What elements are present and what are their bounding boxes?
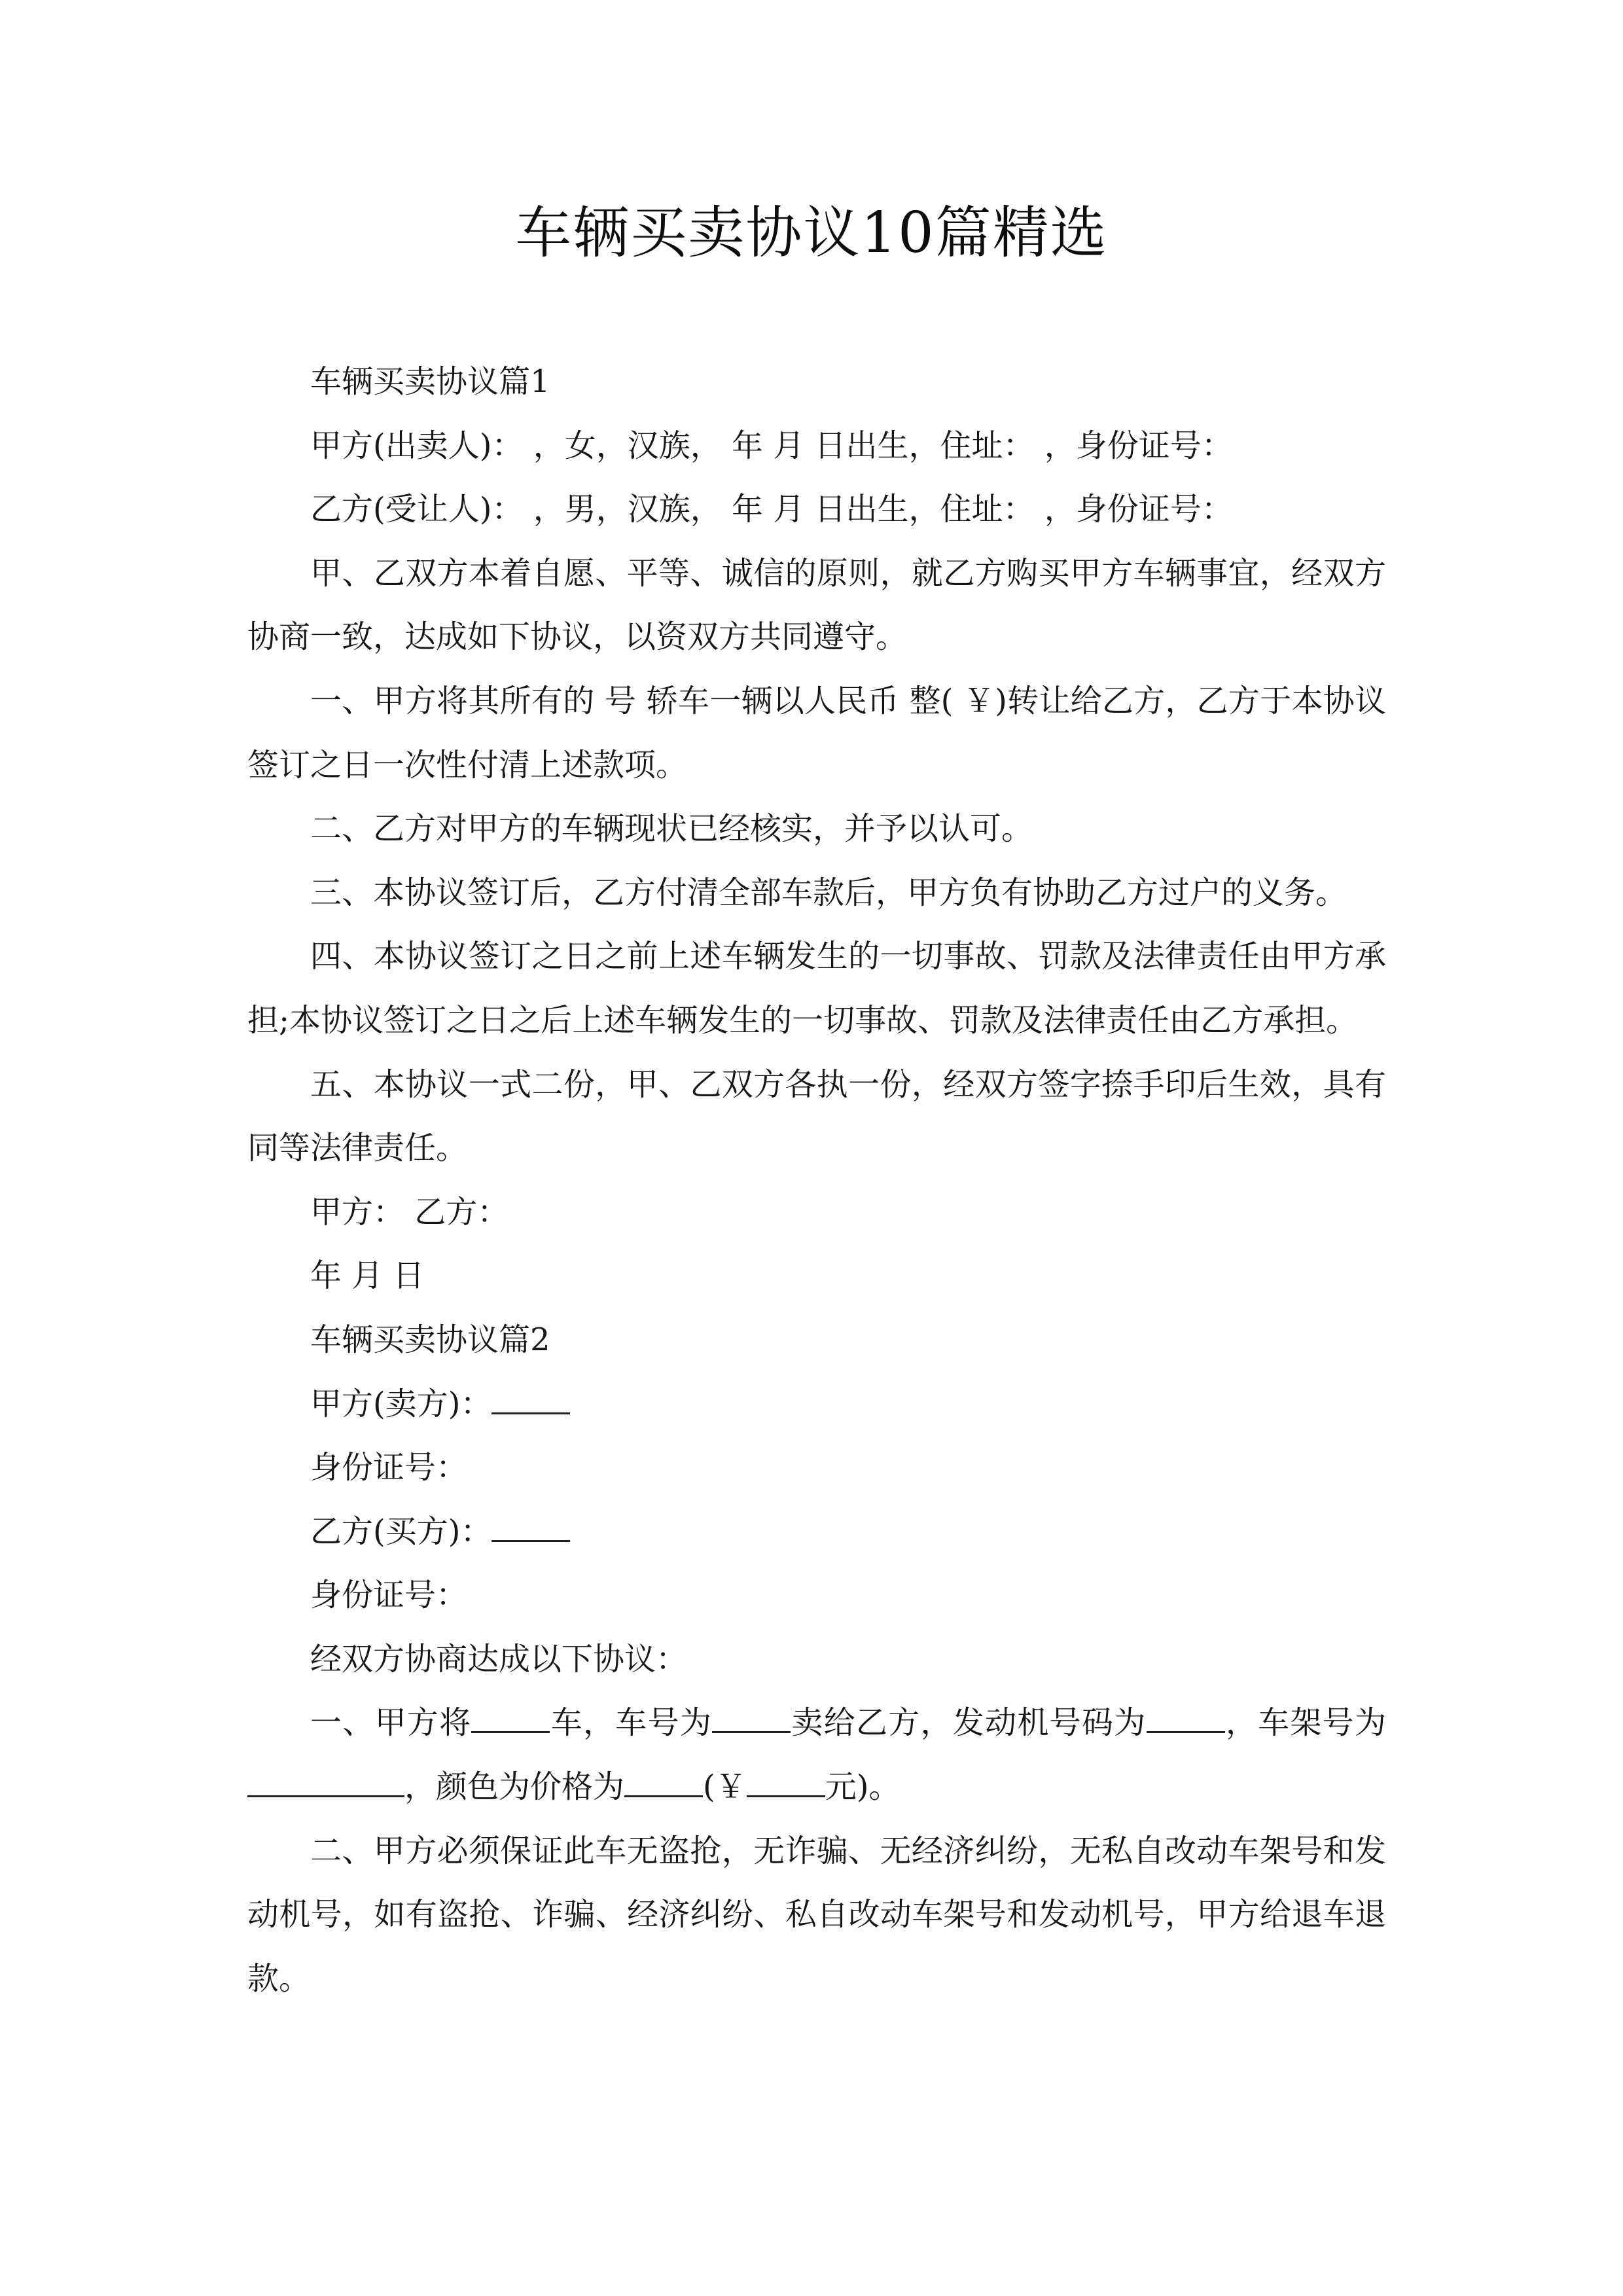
clause-1: 一、甲方将车，车号为卖给乙方，发动机号码为，车架号为，颜色为价格为(￥元)。 — [247, 1691, 1386, 1819]
buyer-line: 乙方(买方)： — [247, 1500, 1386, 1564]
clause-text: 车，车号为 — [550, 1704, 712, 1741]
document-page: 车辆买卖协议10篇精选 车辆买卖协议篇1 甲方(出卖人)： ，女，汉族， 年 月… — [0, 0, 1623, 2296]
seller-id-line: 身份证号： — [247, 1436, 1386, 1500]
frame-number-blank — [247, 1769, 404, 1797]
engine-number-blank — [1147, 1705, 1225, 1733]
document-body: 车辆买卖协议篇1 甲方(出卖人)： ，女，汉族， 年 月 日出生，住址： ，身份… — [247, 350, 1386, 2011]
clause-3: 三、本协议签订后，乙方付清全部车款后，甲方负有协助乙方过户的义务。 — [247, 861, 1386, 925]
seller-line: 甲方(卖方)： — [247, 1372, 1386, 1437]
section-heading: 车辆买卖协议篇1 — [247, 350, 1386, 414]
clause-text: 元)。 — [825, 1768, 901, 1805]
preamble-paragraph: 甲、乙双方本着自愿、平等、诚信的原则，就乙方购买甲方车辆事宜，经双方协商一致，达… — [247, 542, 1386, 670]
party-b-line: 乙方(受让人)： ，男，汉族， 年 月 日出生，住址： ，身份证号： — [247, 478, 1386, 542]
clause-1: 一、甲方将其所有的 号 轿车一辆以人民币 整( ￥)转让给乙方，乙方于本协议签订… — [247, 670, 1386, 797]
buyer-label: 乙方(买方)： — [310, 1513, 491, 1550]
agreement-intro: 经双方协商达成以下协议： — [247, 1628, 1386, 1692]
price-number-blank — [747, 1769, 825, 1797]
buyer-id-line: 身份证号： — [247, 1564, 1386, 1628]
document-title: 车辆买卖协议10篇精选 — [0, 194, 1623, 272]
buyer-blank — [491, 1514, 570, 1542]
clause-text: (￥ — [703, 1768, 747, 1805]
vehicle-blank — [471, 1705, 550, 1733]
date-line: 年 月 日 — [247, 1244, 1386, 1308]
section-heading: 车辆买卖协议篇2 — [247, 1308, 1386, 1372]
seller-label: 甲方(卖方)： — [310, 1386, 491, 1422]
plate-blank — [712, 1705, 791, 1733]
price-blank — [624, 1769, 703, 1797]
clause-text: 卖给乙方，发动机号码为 — [791, 1704, 1146, 1741]
clause-text: 一、甲方将 — [310, 1704, 471, 1741]
clause-text: ，车架号为 — [1225, 1704, 1386, 1741]
seller-blank — [491, 1386, 570, 1414]
clause-2: 二、乙方对甲方的车辆现状已经核实，并予以认可。 — [247, 797, 1386, 861]
clause-2: 二、甲方必须保证此车无盗抢，无诈骗、无经济纠纷，无私自改动车架号和发动机号，如有… — [247, 1820, 1386, 2011]
clause-4: 四、本协议签订之日之前上述车辆发生的一切事故、罚款及法律责任由甲方承担;本协议签… — [247, 925, 1386, 1052]
clause-5: 五、本协议一式二份，甲、乙双方各执一份，经双方签字捺手印后生效，具有同等法律责任… — [247, 1053, 1386, 1181]
clause-text: ，颜色为价格为 — [404, 1768, 624, 1805]
party-a-line: 甲方(出卖人)： ，女，汉族， 年 月 日出生，住址： ，身份证号： — [247, 414, 1386, 478]
signature-line: 甲方： 乙方： — [247, 1181, 1386, 1245]
